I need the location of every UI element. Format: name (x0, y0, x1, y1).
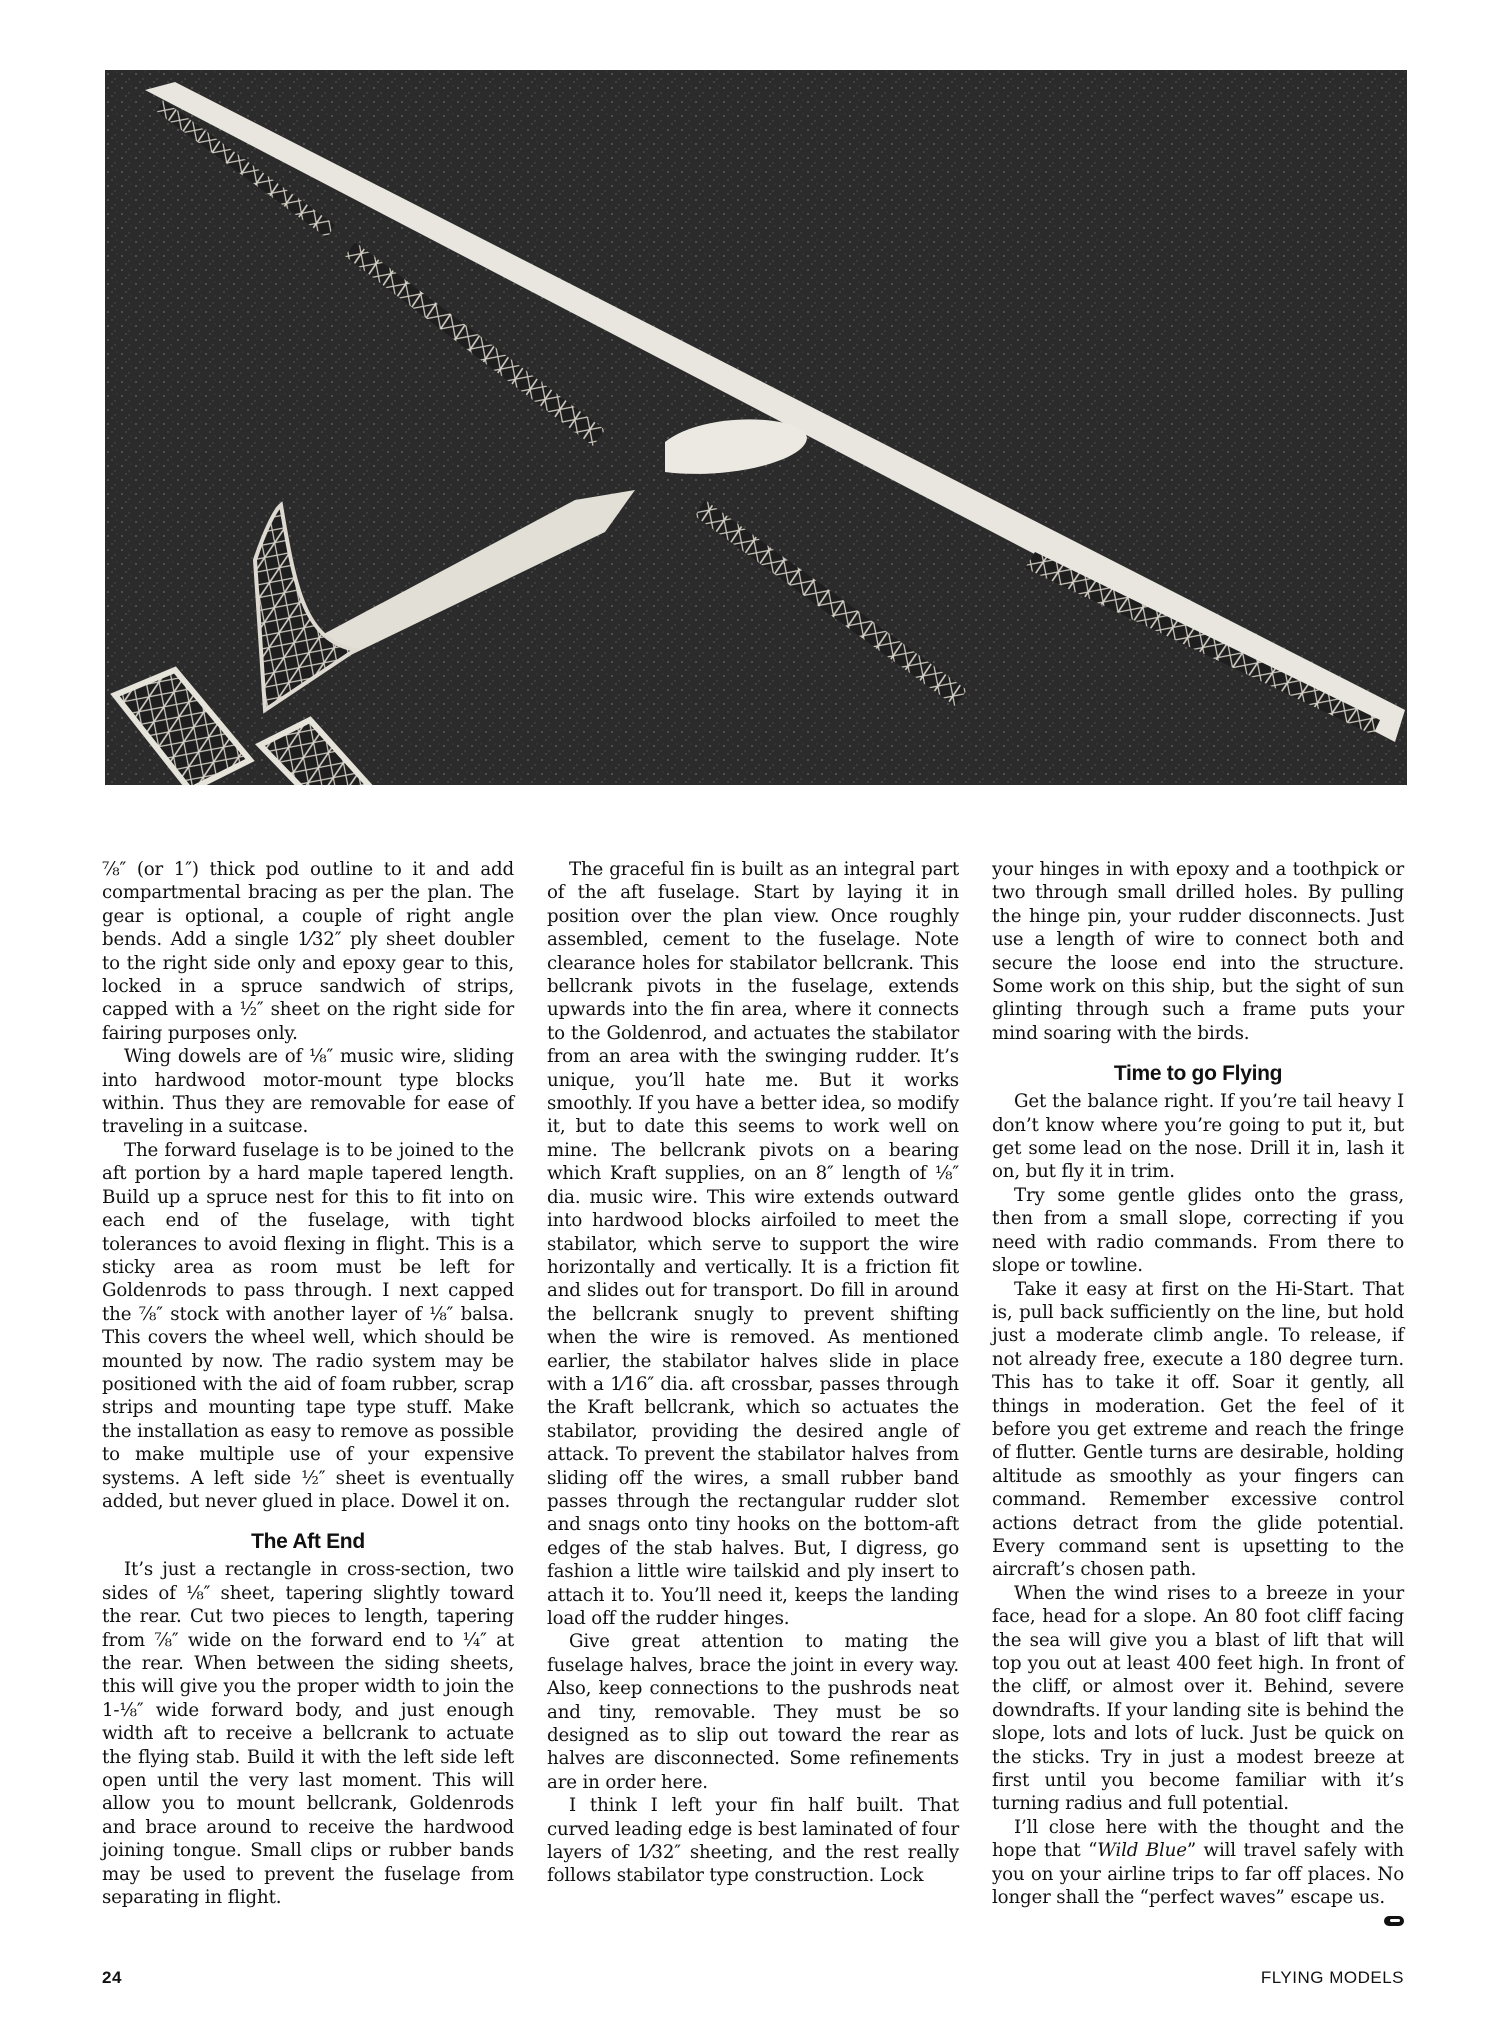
glider-illustration (105, 70, 1407, 785)
paragraph: ⅞″ (or 1″) thick pod outline to it and a… (102, 858, 514, 1045)
paragraph: The forward fuselage is to be joined to … (102, 1139, 514, 1514)
end-of-article-icon (1384, 1916, 1404, 1926)
paragraph: Try some gentle glides onto the grass, t… (992, 1184, 1404, 1278)
page-number: 24 (102, 1968, 122, 1988)
paragraph: It’s just a rectangle in cross-section, … (102, 1558, 514, 1909)
closing-paragraph: I’ll close here with the thought and the… (992, 1816, 1404, 1910)
column-3: your hinges in with epoxy and a toothpic… (992, 858, 1404, 1938)
paragraph: When the wind rises to a breeze in your … (992, 1582, 1404, 1816)
column-2: The graceful fin is built as an integral… (547, 858, 959, 1938)
paragraph: I think I left your fin half built. That… (547, 1794, 959, 1888)
model-name: Wild Blue (1097, 1840, 1187, 1861)
article-body: ⅞″ (or 1″) thick pod outline to it and a… (102, 858, 1404, 1938)
paragraph: The graceful fin is built as an integral… (547, 858, 959, 1630)
section-heading-aft-end: The Aft End (102, 1530, 514, 1554)
column-1: ⅞″ (or 1″) thick pod outline to it and a… (102, 858, 514, 1938)
paragraph: Take it easy at first on the Hi-Start. T… (992, 1278, 1404, 1582)
paragraph: Give great attention to mating the fusel… (547, 1630, 959, 1794)
glider-photo (105, 70, 1407, 785)
paragraph: your hinges in with epoxy and a toothpic… (992, 858, 1404, 1045)
paragraph: Wing dowels are of ⅛″ music wire, slidin… (102, 1045, 514, 1139)
section-heading-time-to-go-flying: Time to go Flying (992, 1062, 1404, 1086)
magazine-name: FLYING MODELS (1261, 1968, 1404, 1988)
paragraph: Get the balance right. If you’re tail he… (992, 1090, 1404, 1184)
